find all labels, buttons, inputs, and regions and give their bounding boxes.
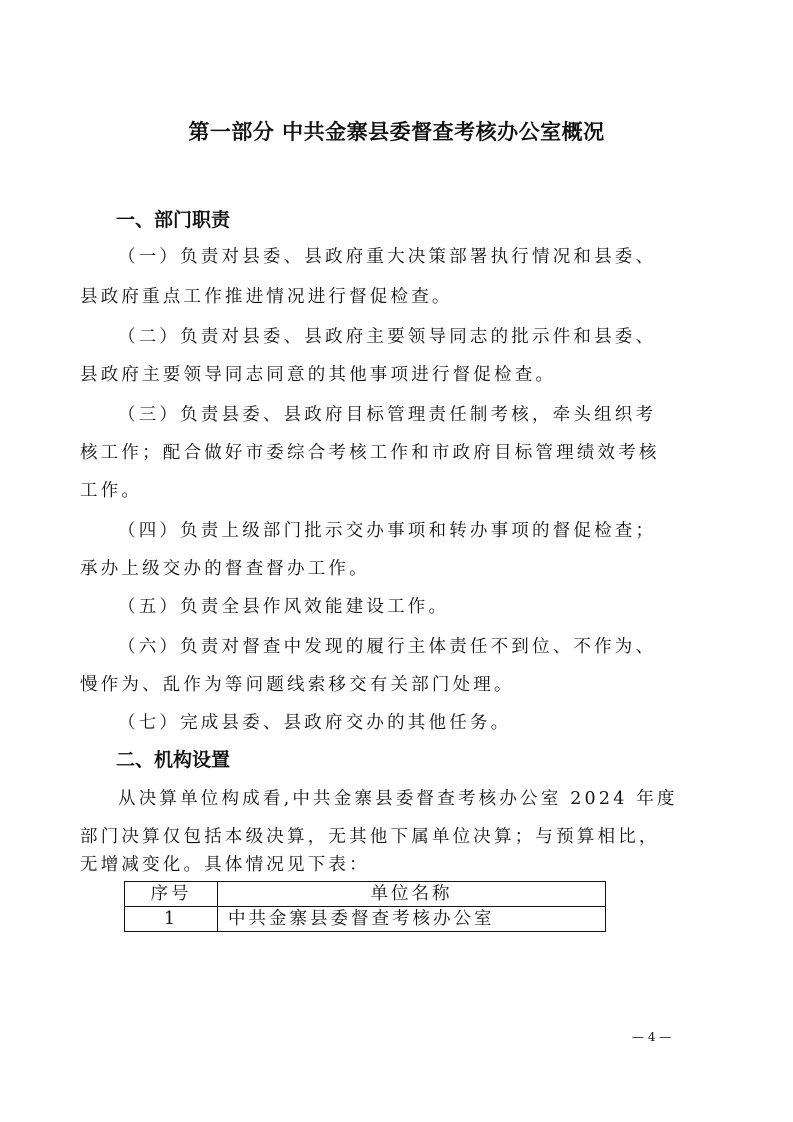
paragraph-line: （五）负责全县作风效能建设工作。 [118,593,758,618]
paragraph-line: （一）负责对县委、县政府重大决策部署执行情况和县委、 [118,243,758,268]
column-header-unit-name: 单位名称 [218,882,606,907]
paragraph-line: 县政府重点工作推进情况进行督促检查。 [80,283,720,308]
column-header-index: 序号 [125,882,218,907]
paragraph-line: 无增减变化。具体情况见下表： [80,851,720,876]
page-title: 第一部分 中共金寨县委督查考核办公室概况 [0,116,793,146]
paragraph-line: 承办上级交办的督查督办工作。 [80,555,720,580]
paragraph-line: 县政府主要领导同志同意的其他事项进行督促检查。 [80,361,720,386]
paragraph-line: 部门决算仅包括本级决算，无其他下属单位决算；与预算相比， [80,823,720,848]
table-row: 1 中共金寨县委督查考核办公室 [125,907,606,932]
section-heading-duties: 一、部门职责 [116,205,230,232]
cell-unit-name: 中共金寨县委督查考核办公室 [218,907,606,932]
paragraph-line: （二）负责对县委、县政府主要领导同志的批示件和县委、 [118,323,758,348]
paragraph-line: （六）负责对督查中发现的履行主体责任不到位、不作为、 [118,633,758,658]
page-number: — 4 — [632,1030,671,1044]
paragraph-line: 核工作；配合做好市委综合考核工作和市政府目标管理绩效考核 [80,439,720,464]
unit-table: 序号 单位名称 1 中共金寨县委督查考核办公室 [124,881,606,932]
cell-index: 1 [125,907,218,932]
paragraph-line: 工作。 [80,477,720,502]
table-header-row: 序号 单位名称 [125,882,606,907]
paragraph-line: （四）负责上级部门批示交办事项和转办事项的督促检查； [118,517,758,542]
paragraph-line: 从决算单位构成看,中共金寨县委督查考核办公室 2024 年度 [118,785,758,810]
paragraph-line: 慢作为、乱作为等问题线索移交有关部门处理。 [80,671,720,696]
section-heading-organization: 二、机构设置 [116,745,230,772]
paragraph-line: （三）负责县委、县政府目标管理责任制考核，牵头组织考 [118,401,758,426]
paragraph-line: （七）完成县委、县政府交办的其他任务。 [118,709,758,734]
